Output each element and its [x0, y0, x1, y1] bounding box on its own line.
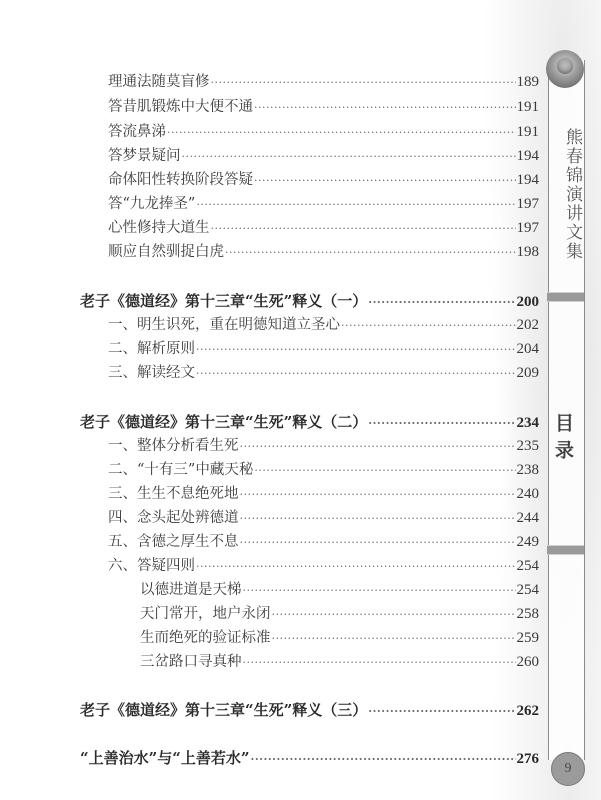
tab-knob-ornament-icon	[546, 50, 584, 88]
toc-entry[interactable]: 三、解读经文209	[108, 363, 539, 384]
toc-entry-page: 234	[517, 413, 540, 433]
leader-dots	[211, 73, 516, 93]
toc-entry[interactable]: 答梦景疑问194	[108, 146, 539, 167]
toc-chapter-heading[interactable]: “上善治水”与“上善若水”276	[80, 748, 539, 770]
leader-dots	[272, 629, 516, 649]
leader-dots	[196, 557, 516, 577]
toc-entry-page: 202	[517, 315, 540, 335]
leader-dots	[225, 243, 516, 263]
leader-dots	[243, 653, 516, 673]
toc-entry-page: 258	[517, 604, 540, 624]
toc-entry-title: 二、解析原则	[108, 339, 195, 359]
toc-entry-page: 194	[517, 170, 540, 190]
toc-entry[interactable]: 答“九龙捧圣”197	[108, 194, 539, 215]
toc-entry-title: 老子《德道经》第十三章“生死”释义（三）	[80, 700, 367, 720]
leader-dots	[167, 123, 516, 143]
toc-entry-page: 209	[517, 363, 540, 383]
leader-dots	[240, 509, 516, 529]
toc-entry-title: 心性修持大道生	[108, 218, 210, 238]
toc-entry-title: 三岔路口寻真种	[140, 652, 242, 672]
toc-entry-page: 204	[517, 339, 540, 359]
toc-entry-page: 254	[517, 556, 540, 576]
leader-dots	[243, 581, 516, 601]
leader-dots	[251, 750, 516, 770]
toc-entry-page: 200	[517, 292, 540, 312]
toc-entry[interactable]: 五、含德之厚生不息249	[108, 532, 539, 553]
section-label: 目录	[548, 395, 583, 485]
leader-dots	[196, 195, 515, 215]
toc-entry[interactable]: 理通法随莫盲修189	[108, 72, 539, 93]
toc-entry-title: 答梦景疑问	[108, 146, 181, 166]
toc-chapter-heading[interactable]: 老子《德道经》第十三章“生死”释义（一）200	[80, 291, 539, 313]
toc-entry-page: 259	[517, 628, 540, 648]
toc-entry-title: 一、明生识死，重在明德知道立圣心	[108, 315, 340, 335]
toc-entry[interactable]: 天门常开，地户永闭258	[140, 604, 539, 625]
toc-entry[interactable]: 以德进道是天梯254	[140, 580, 539, 601]
toc-entry[interactable]: 命体阳性转换阶段答疑194	[108, 170, 539, 191]
leader-dots	[368, 414, 515, 434]
toc-entry-title: 理通法随莫盲修	[108, 72, 210, 92]
leader-dots	[254, 461, 515, 481]
leader-dots	[240, 533, 516, 553]
toc-entry-page: 260	[517, 652, 540, 672]
leader-dots	[196, 364, 516, 384]
toc-entry-page: 194	[517, 146, 540, 166]
toc-entry-page: 244	[517, 508, 540, 528]
toc-chapter-heading[interactable]: 老子《德道经》第十三章“生死”释义（三）262	[80, 700, 539, 722]
leader-dots	[254, 98, 516, 118]
toc-entry-page: 249	[517, 532, 540, 552]
toc-entry[interactable]: 二、解析原则204	[108, 339, 539, 360]
toc-entry-title: 三、生生不息绝死地	[108, 484, 239, 504]
toc-entry[interactable]: 心性修持大道生197	[108, 218, 539, 239]
toc-entry-page: 235	[517, 436, 540, 456]
toc-chapter-heading[interactable]: 老子《德道经》第十三章“生死”释义（二）234	[80, 412, 539, 434]
toc-entry-page: 197	[517, 194, 540, 214]
toc-entry-page: 198	[517, 242, 540, 262]
leader-dots	[368, 702, 515, 722]
toc-entry-title: 顺应自然驯捉白虎	[108, 242, 224, 262]
toc-entry-page: 276	[517, 749, 540, 769]
toc-entry-page: 191	[517, 97, 540, 117]
toc-entry[interactable]: 二、“十有三”中藏天秘238	[108, 460, 539, 481]
toc-entry-title: “上善治水”与“上善若水”	[80, 748, 250, 768]
toc-entry-title: 五、含德之厚生不息	[108, 532, 239, 552]
tab-divider-band	[547, 545, 584, 555]
toc-entry[interactable]: 六、答疑四则254	[108, 556, 539, 577]
leader-dots	[254, 171, 516, 191]
toc-entry-title: 四、念头起处辨德道	[108, 508, 239, 528]
tab-divider-band	[547, 292, 584, 302]
toc-entry-page: 240	[517, 484, 540, 504]
leader-dots	[368, 293, 515, 313]
toc-entry[interactable]: 答流鼻涕191	[108, 122, 539, 143]
toc-entry-title: 以德进道是天梯	[140, 580, 242, 600]
toc-entry[interactable]: 四、念头起处辨德道244	[108, 508, 539, 529]
leader-dots	[196, 340, 516, 360]
leader-dots	[211, 219, 516, 239]
toc-entry-title: 老子《德道经》第十三章“生死”释义（一）	[80, 291, 367, 311]
toc-entry-page: 197	[517, 218, 540, 238]
toc-entry[interactable]: 三岔路口寻真种260	[140, 652, 539, 673]
leader-dots	[240, 437, 516, 457]
toc-entry-page: 262	[517, 701, 540, 721]
toc-entry-title: 答“九龙捧圣”	[108, 194, 195, 214]
toc-entry-title: 六、答疑四则	[108, 556, 195, 576]
toc-entry[interactable]: 顺应自然驯捉白虎198	[108, 242, 539, 263]
toc-entry-title: 一、整体分析看生死	[108, 436, 239, 456]
leader-dots	[182, 147, 516, 167]
toc-entry-title: 老子《德道经》第十三章“生死”释义（二）	[80, 412, 367, 432]
leader-dots	[272, 605, 516, 625]
toc-entry-page: 191	[517, 122, 540, 142]
toc-entry[interactable]: 生而绝死的验证标准259	[140, 628, 539, 649]
toc-entry[interactable]: 一、明生识死，重在明德知道立圣心202	[108, 315, 539, 336]
toc-entry-title: 生而绝死的验证标准	[140, 628, 271, 648]
toc-entry[interactable]: 三、生生不息绝死地240	[108, 484, 539, 505]
leader-dots	[341, 316, 516, 336]
toc-entry-page: 254	[517, 580, 540, 600]
toc-entry[interactable]: 一、整体分析看生死235	[108, 436, 539, 457]
toc-entry-title: 答昔肌锻炼中大便不通	[108, 97, 253, 117]
toc-entry-page: 189	[517, 72, 540, 92]
toc-entry-page: 238	[517, 460, 540, 480]
toc-entry-title: 三、解读经文	[108, 363, 195, 383]
toc-entry-title: 命体阳性转换阶段答疑	[108, 170, 253, 190]
page-number-badge: 9	[551, 752, 585, 786]
toc-entry-title: 二、“十有三”中藏天秘	[108, 460, 253, 480]
series-title: 熊春锦演讲文集	[548, 124, 583, 264]
leader-dots	[240, 485, 516, 505]
toc-entry[interactable]: 答昔肌锻炼中大便不通191	[108, 97, 539, 118]
toc-entry-title: 答流鼻涕	[108, 122, 166, 142]
toc-entry-title: 天门常开，地户永闭	[140, 604, 271, 624]
